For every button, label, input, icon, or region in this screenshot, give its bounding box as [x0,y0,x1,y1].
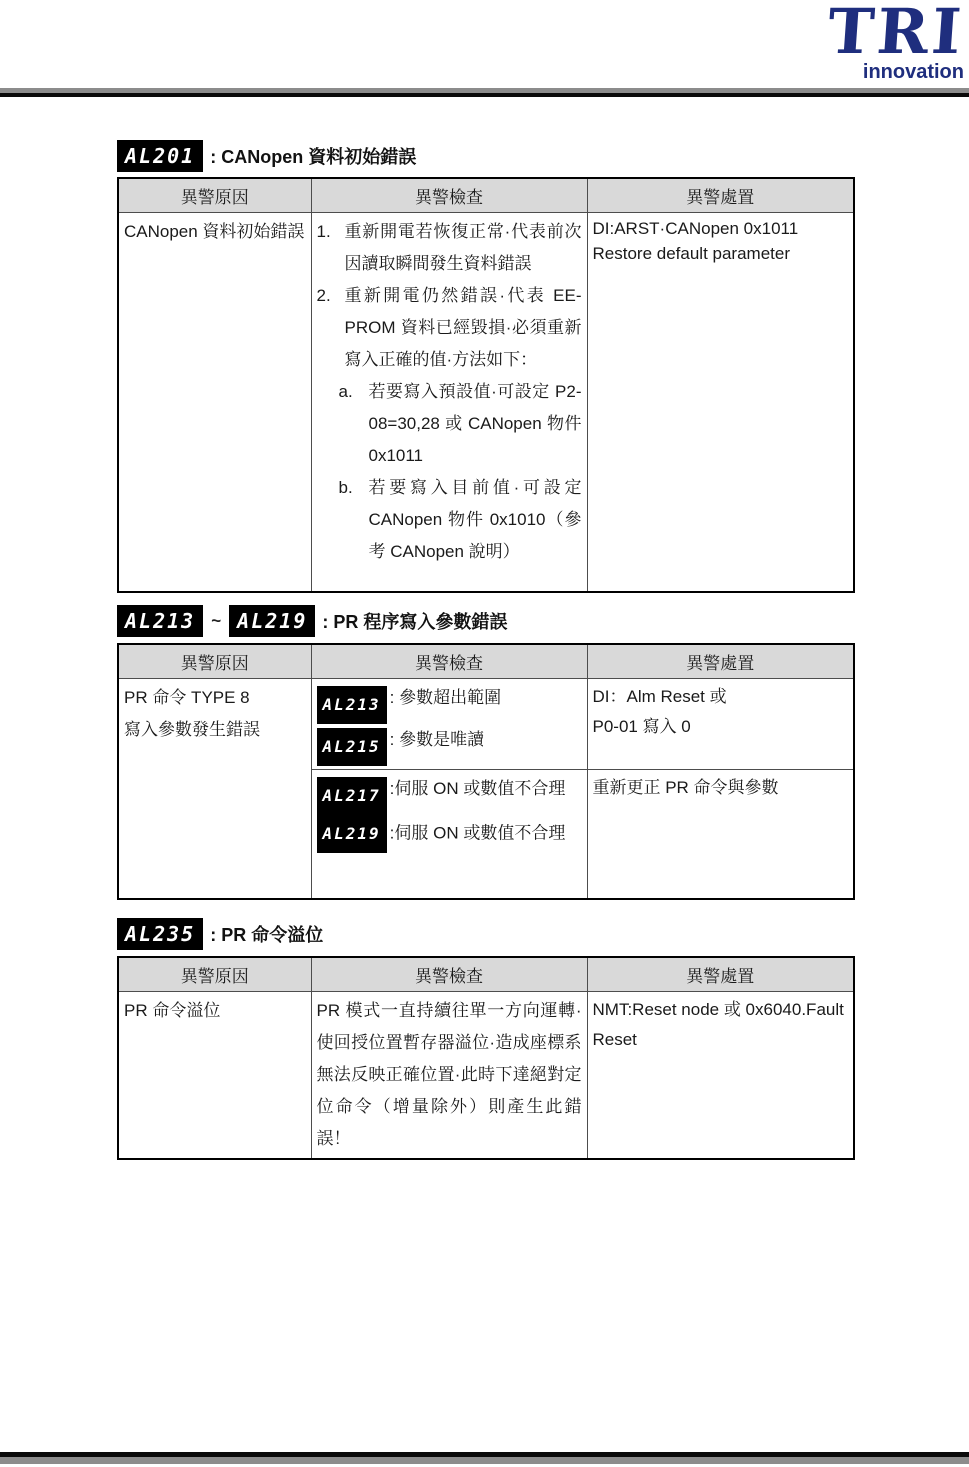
action-line: Reset [593,1025,849,1055]
action-cell: DI:ARST·CANopen 0x1011 Restore default p… [587,212,854,592]
section-title-al213-al219: : PR 程序寫入參數錯誤 [322,608,507,634]
cause-cell: PR 命令溢位 [118,991,311,1159]
tilde-separator: ~ [210,611,222,631]
cause-cell: CANopen 資料初始錯誤 [118,212,311,592]
check-cell: 1. 重新開電若恢復正常·代表前次因讀取瞬間發生資料錯誤 2. 重新開電仍然錯誤… [311,212,587,592]
action-line: P0-01 寫入 0 [593,712,849,742]
section-title-al235: : PR 命令溢位 [210,921,323,947]
check-cell: PR 模式一直持續往單一方向運轉·使回授位置暫存器溢位·造成座標系無法反映正確位… [311,991,587,1159]
manual-page: TRI innovation AL201 : CANopen 資料初始錯誤 異警… [0,0,969,1467]
action-cell: DI：Alm Reset 或 P0-01 寫入 0 [587,678,854,769]
check-cell: AL213 : 參數超出範圍 AL215 : 參數是唯讀 [311,678,587,769]
column-header-check: 異警檢查 [311,957,587,991]
alarm-code-badge-al217: AL217 [317,777,387,815]
check-badge-line: AL219:伺服 ON 或數值不合理 [317,815,582,854]
column-header-cause: 異警原因 [118,957,311,991]
check-cell: AL217 :伺服 ON 或數值不合理 AL219:伺服 ON 或數值不合理 [311,769,587,899]
check-item-text: 重新開電仍然錯誤·代表 EE-PROM 資料已經毀損·必須重新寫入正確的值·方法… [345,280,582,376]
tri-logo: TRI innovation [828,2,964,82]
alarm-code-badge-al201: AL201 [117,140,203,172]
check-item: 1. 重新開電若恢復正常·代表前次因讀取瞬間發生資料錯誤 [317,216,582,280]
check-subitem: b. 若要寫入目前值·可設定 CANopen 物件 0x1010（參考 CANo… [317,472,582,568]
page-header: TRI innovation [0,0,969,88]
section-heading-al235: AL235 : PR 命令溢位 [117,918,853,950]
action-line: DI:ARST·CANopen 0x1011 [593,216,849,241]
cause-cell: PR 命令 TYPE 8 寫入參數發生錯誤 [118,678,311,899]
column-header-check: 異警檢查 [311,178,587,212]
check-subitem: a. 若要寫入預設值·可設定 P2-08=30,28 或 CANopen 物件 … [317,376,582,472]
column-header-action: 異警處置 [587,178,854,212]
section-heading-al201: AL201 : CANopen 資料初始錯誤 [117,140,853,172]
check-badge-text: : 參數是唯讀 [390,724,582,756]
check-badge-line: AL217 :伺服 ON 或數值不合理 [317,773,582,815]
table-row: PR 命令溢位 PR 模式一直持續往單一方向運轉·使回授位置暫存器溢位·造成座標… [118,991,854,1159]
check-item-number: 2. [317,280,345,376]
table-header-row: 異警原因 異警檢查 異警處置 [118,644,854,678]
alarm-code-badge-al235: AL235 [117,918,203,950]
table-header-row: 異警原因 異警檢查 異警處置 [118,178,854,212]
cause-line: PR 命令 TYPE 8 [124,682,306,714]
column-header-action: 異警處置 [587,957,854,991]
column-header-action: 異警處置 [587,644,854,678]
cause-line: 寫入參數發生錯誤 [124,714,306,746]
action-line: Restore default parameter [593,241,849,266]
alarm-code-badge-al219: AL219 [317,815,387,853]
check-item-text: 重新開電若恢復正常·代表前次因讀取瞬間發生資料錯誤 [345,216,582,280]
check-badge-text: :伺服 ON 或數值不合理 [390,823,566,842]
section-heading-al213-al219: AL213 ~ AL219 : PR 程序寫入參數錯誤 [117,605,853,637]
column-header-check: 異警檢查 [311,644,587,678]
table-header-row: 異警原因 異警檢查 異警處置 [118,957,854,991]
action-line: 重新更正 PR 命令與參數 [593,773,849,803]
alarm-table-al235: 異警原因 異警檢查 異警處置 PR 命令溢位 PR 模式一直持續往單一方向運轉·… [117,956,855,1160]
check-item-text: 若要寫入預設值·可設定 P2-08=30,28 或 CANopen 物件 0x1… [369,376,582,472]
check-item-number: a. [339,376,369,472]
table-row: PR 命令 TYPE 8 寫入參數發生錯誤 AL213 : 參數超出範圍 AL2… [118,678,854,769]
check-text: PR 模式一直持續往單一方向運轉·使回授位置暫存器溢位·造成座標系無法反映正確位… [317,995,582,1155]
top-divider-black-bar [0,93,969,97]
alarm-code-badge-al219: AL219 [229,605,315,637]
column-header-cause: 異警原因 [118,178,311,212]
action-line: NMT:Reset node 或 0x6040.Fault [593,995,849,1025]
check-badge-line: AL215 : 參數是唯讀 [317,724,582,766]
check-item-text: 若要寫入目前值·可設定 CANopen 物件 0x1010（參考 CANopen… [369,472,582,568]
alarm-code-badge-al213: AL213 [317,686,387,724]
bottom-divider-gray-bar [0,1457,969,1464]
bottom-divider [0,1452,969,1464]
column-header-cause: 異警原因 [118,644,311,678]
check-item-number: b. [339,472,369,568]
check-item-number: 1. [317,216,345,280]
check-badge-text: : 參數超出範圍 [390,682,582,714]
table-row: CANopen 資料初始錯誤 1. 重新開電若恢復正常·代表前次因讀取瞬間發生資… [118,212,854,592]
action-cell: 重新更正 PR 命令與參數 [587,769,854,899]
check-badge-line: AL213 : 參數超出範圍 [317,682,582,724]
action-line: DI：Alm Reset 或 [593,682,849,712]
content-area: AL201 : CANopen 資料初始錯誤 異警原因 異警檢查 異警處置 CA… [117,140,853,1160]
logo-text: TRI [826,2,966,62]
check-badge-text: :伺服 ON 或數值不合理 [390,773,582,805]
check-item: 2. 重新開電仍然錯誤·代表 EE-PROM 資料已經毀損·必須重新寫入正確的值… [317,280,582,376]
top-divider [0,88,969,97]
alarm-table-al213-al219: 異警原因 異警檢查 異警處置 PR 命令 TYPE 8 寫入參數發生錯誤 AL2… [117,643,855,900]
alarm-code-badge-al215: AL215 [317,728,387,766]
section-title-al201: : CANopen 資料初始錯誤 [210,143,416,169]
alarm-table-al201: 異警原因 異警檢查 異警處置 CANopen 資料初始錯誤 1. 重新開電若恢復… [117,177,855,593]
action-cell: NMT:Reset node 或 0x6040.Fault Reset [587,991,854,1159]
alarm-code-badge-al213: AL213 [117,605,203,637]
